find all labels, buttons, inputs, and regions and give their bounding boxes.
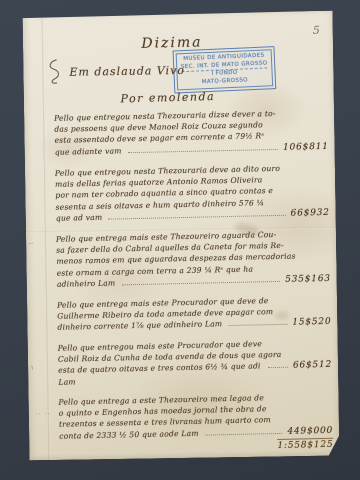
document-title: Dizima: [53, 32, 291, 54]
entry-amount: 535$163: [285, 273, 331, 285]
manuscript-text: Dizima Em daslauda Vivo Por emolenda Pel…: [53, 19, 328, 465]
entry-line-text: dinheiro corrente 1⅞ que adinheiro Lam: [57, 318, 222, 333]
ledger-entry: Pello que entregou mais este Procurador …: [58, 337, 327, 388]
margin-mark: –·: [28, 239, 34, 247]
dotted-leader: [205, 426, 283, 436]
entry-line-text: esta de quatro oitavas e tres contos 6½ …: [58, 361, 262, 388]
calligraphic-flourish-icon: [47, 59, 65, 85]
dotted-leader: [268, 361, 288, 369]
ledger-entry: Pello que entrega a este Thezoureiro mea…: [58, 391, 327, 457]
ledger-entry: Pello que entrega mais este Thezoureiro …: [56, 228, 325, 291]
manuscript-page: 5 MUSEU DE ANTIGUIDADES SEC. INT. DE MAT…: [23, 11, 340, 461]
photo-background: 5 MUSEU DE ANTIGUIDADES SEC. INT. DE MAT…: [0, 0, 360, 480]
ledger-entry: Pello que entrega mais este Procurador q…: [57, 294, 326, 334]
margin-mark: ·· ··: [35, 410, 51, 418]
dotted-leader: [228, 317, 287, 326]
ledger-entry: Pello que entregou nesta Thezouraria dev…: [55, 162, 324, 225]
entry-line-text: que adiante vam: [55, 145, 122, 158]
entry-amount: 449$000: [287, 426, 333, 438]
entry-line-text: adinheiro Lam: [57, 277, 116, 289]
entry-amount: 66$512: [293, 361, 332, 373]
section-heading: Por emolenda: [54, 88, 282, 107]
entry-amount: 106$811: [283, 141, 329, 153]
entry-heading-text: Em daslauda Vivo: [69, 63, 185, 78]
entry-heading: Em daslauda Vivo: [47, 55, 321, 85]
total-amount: 1:558$125: [277, 438, 333, 452]
entry-amount: 66$932: [291, 207, 330, 219]
entry-amount: 15$520: [292, 317, 331, 329]
entry-line-text: que ad vam: [56, 211, 103, 223]
entry-line-text: conta de 2333 ½ 50 que aode Lam: [59, 428, 199, 442]
ledger-entry: Pello que entregou nesta Thezouraria diz…: [54, 107, 323, 159]
margin-mark: ∽: [28, 364, 37, 371]
